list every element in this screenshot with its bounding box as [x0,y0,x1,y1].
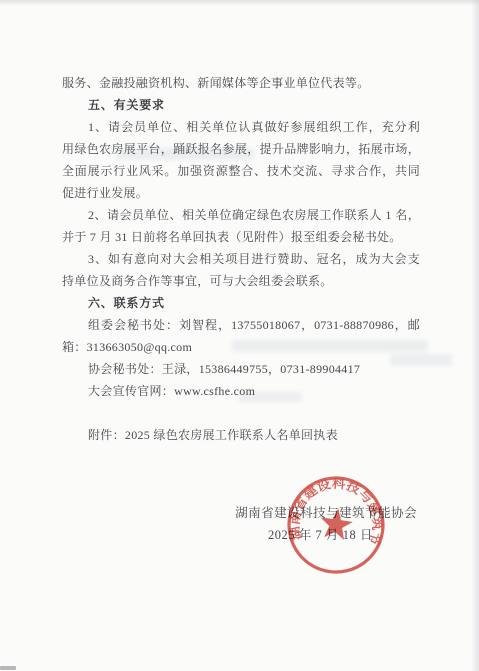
document-lines: 服务、金融投融资机构、新闻媒体等企事业单位代表等。五、有关要求1、请会员单位、相… [62,72,420,402]
document-line: 大会宣传官网：www.csfhe.com [62,380,420,402]
seal-star-icon [318,506,354,541]
scanned-letter-page: 服务、金融投融资机构、新闻媒体等企事业单位代表等。五、有关要求1、请会员单位、相… [0,0,479,671]
scan-edge-top [0,0,479,6]
section-heading: 五、有关要求 [62,94,420,116]
document-line: 2、请会员单位、相关单位确定绿色农房展工作联系人 1 名， [62,204,420,226]
seal-text: 湖南省建设科技与建筑节能协会 [268,457,395,554]
document-line: 箱：313663050@qq.com [62,336,420,358]
attachment-note: 附件：2025 绿色农房展工作联系人名单回执表 [62,424,420,446]
document-line: 并于 7 月 31 日前将名单回执表（见附件）报至组委会秘书处。 [62,226,420,248]
scan-edge-right [471,0,479,671]
letter-body: 服务、金融投融资机构、新闻媒体等企事业单位代表等。五、有关要求1、请会员单位、相… [62,72,420,446]
document-line: 1、请会员单位、相关单位认真做好参展组织工作，充分利 [62,116,420,138]
document-line: 全面展示行业风采。加强资源整合、技术交流、寻求合作，共同 [62,160,420,182]
scan-edge-corner-mark [0,666,16,670]
document-line: 协会秘书处：王渌，15386449755，0731-89904417 [62,358,420,380]
official-seal: 湖南省建设科技与建筑节能协会 [268,457,404,593]
document-line: 组委会秘书处：刘智程，13755018067，0731-88870986，邮 [62,314,420,336]
document-line: 3、如有意向对大会相关项目进行赞助、冠名，成为大会支 [62,248,420,270]
document-line: 用绿色农房展平台，踊跃报名参展，提升品牌影响力，拓展市场， [62,138,420,160]
svg-text:湖南省建设科技与建筑节能协会: 湖南省建设科技与建筑节能协会 [268,457,395,554]
document-line: 服务、金融投融资机构、新闻媒体等企事业单位代表等。 [62,72,420,94]
document-line: 持单位及商务合作等事宜，可与大会组委会联系。 [62,270,420,292]
document-line: 促进行业发展。 [62,182,420,204]
section-heading: 六、联系方式 [62,292,420,314]
